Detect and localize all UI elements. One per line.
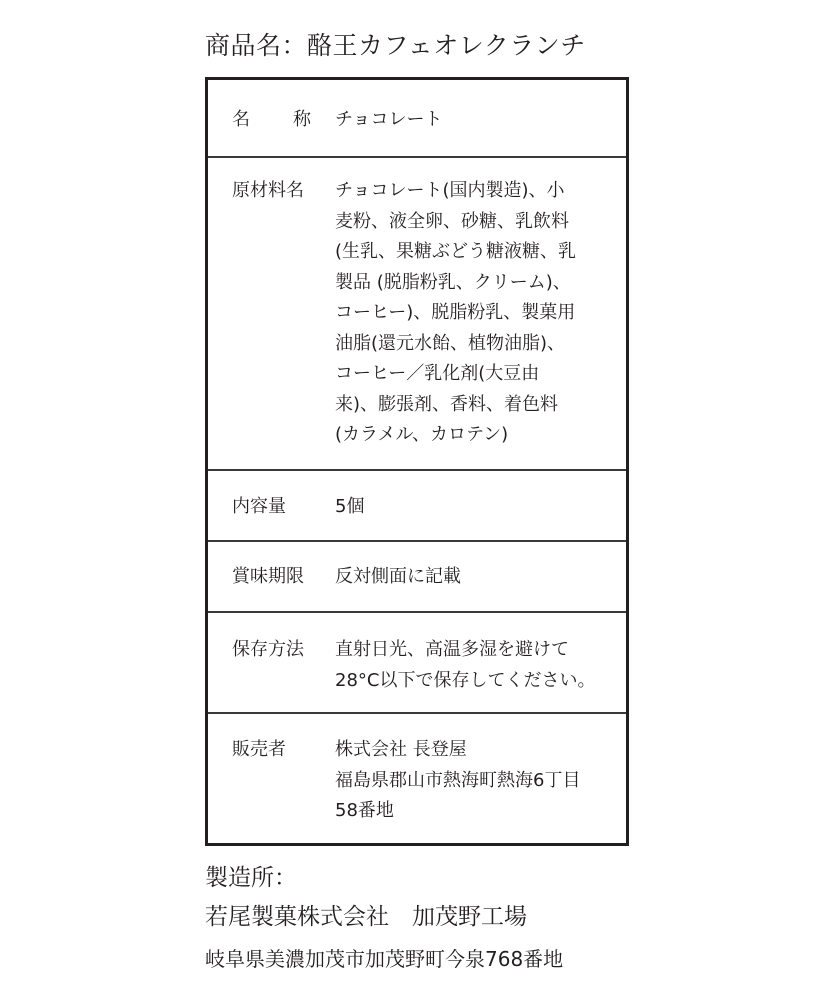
table-row-best-before: 賞味期限 反対側面に記載: [208, 542, 626, 613]
label-part: 名: [232, 109, 250, 130]
value-line: コーヒー)、脱脂粉乳、製菓用: [335, 298, 616, 329]
row-value-ingredients: チョコレート(国内製造)、小 麦粉、液全卵、砂糖、乳飲料 (生乳、果糖ぶどう糖液…: [335, 176, 616, 451]
value-line: 58番地: [335, 796, 616, 827]
manufacturer-heading: 製造所：: [205, 862, 297, 894]
product-name-title: 商品名：酪王カフェオレクランチ: [205, 28, 586, 64]
value-line: (カラメル、カロテン): [335, 420, 616, 451]
value-line: チョコレート: [335, 105, 616, 136]
row-value-best-before: 反対側面に記載: [335, 562, 616, 593]
table-row-storage: 保存方法 直射日光、高温多湿を避けて 28°C以下で保存してください。: [208, 613, 626, 714]
row-label-ingredients: 原材料名: [232, 176, 304, 206]
value-line: 製品 (脱脂粉乳、クリーム)、: [335, 268, 616, 299]
value-line: 株式会社 長登屋: [335, 735, 616, 766]
value-line: 28°C以下で保存してください。: [335, 666, 616, 697]
value-line: 福島県郡山市熱海町熱海6丁目: [335, 766, 616, 797]
row-label-best-before: 賞味期限: [232, 562, 304, 592]
value-line: 直射日光、高温多湿を避けて: [335, 635, 616, 666]
value-line: (生乳、果糖ぶどう糖液糖、乳: [335, 237, 616, 268]
row-label-seller: 販売者: [232, 735, 286, 765]
manufacturer-name: 若尾製菓株式会社 加茂野工場: [205, 900, 527, 934]
table-row-quantity: 内容量 5個: [208, 471, 626, 542]
row-value-name: チョコレート: [335, 105, 616, 136]
row-label-name: 名称: [232, 105, 311, 135]
label-part: 称: [293, 109, 311, 130]
row-value-storage: 直射日光、高温多湿を避けて 28°C以下で保存してください。: [335, 635, 616, 696]
row-label-quantity: 内容量: [232, 492, 286, 522]
value-line: チョコレート(国内製造)、小: [335, 176, 616, 207]
value-line: 油脂(還元水飴、植物油脂)、: [335, 329, 616, 360]
value-line: 反対側面に記載: [335, 562, 616, 593]
value-line: 5個: [335, 492, 616, 523]
row-value-quantity: 5個: [335, 492, 616, 523]
manufacturer-address: 岐阜県美濃加茂市加茂野町今泉768番地: [205, 943, 563, 975]
table-row-ingredients: 原材料名 チョコレート(国内製造)、小 麦粉、液全卵、砂糖、乳飲料 (生乳、果糖…: [208, 158, 626, 471]
product-info-table: 名称 チョコレート 原材料名 チョコレート(国内製造)、小 麦粉、液全卵、砂糖、…: [205, 77, 629, 846]
value-line: コーヒー／乳化剤(大豆由: [335, 359, 616, 390]
row-value-seller: 株式会社 長登屋 福島県郡山市熱海町熱海6丁目 58番地: [335, 735, 616, 827]
row-label-storage: 保存方法: [232, 635, 304, 665]
value-line: 麦粉、液全卵、砂糖、乳飲料: [335, 207, 616, 238]
table-row-name: 名称 チョコレート: [208, 80, 626, 158]
value-line: 来)、膨張剤、香料、着色料: [335, 390, 616, 421]
table-row-seller: 販売者 株式会社 長登屋 福島県郡山市熱海町熱海6丁目 58番地: [208, 714, 626, 843]
